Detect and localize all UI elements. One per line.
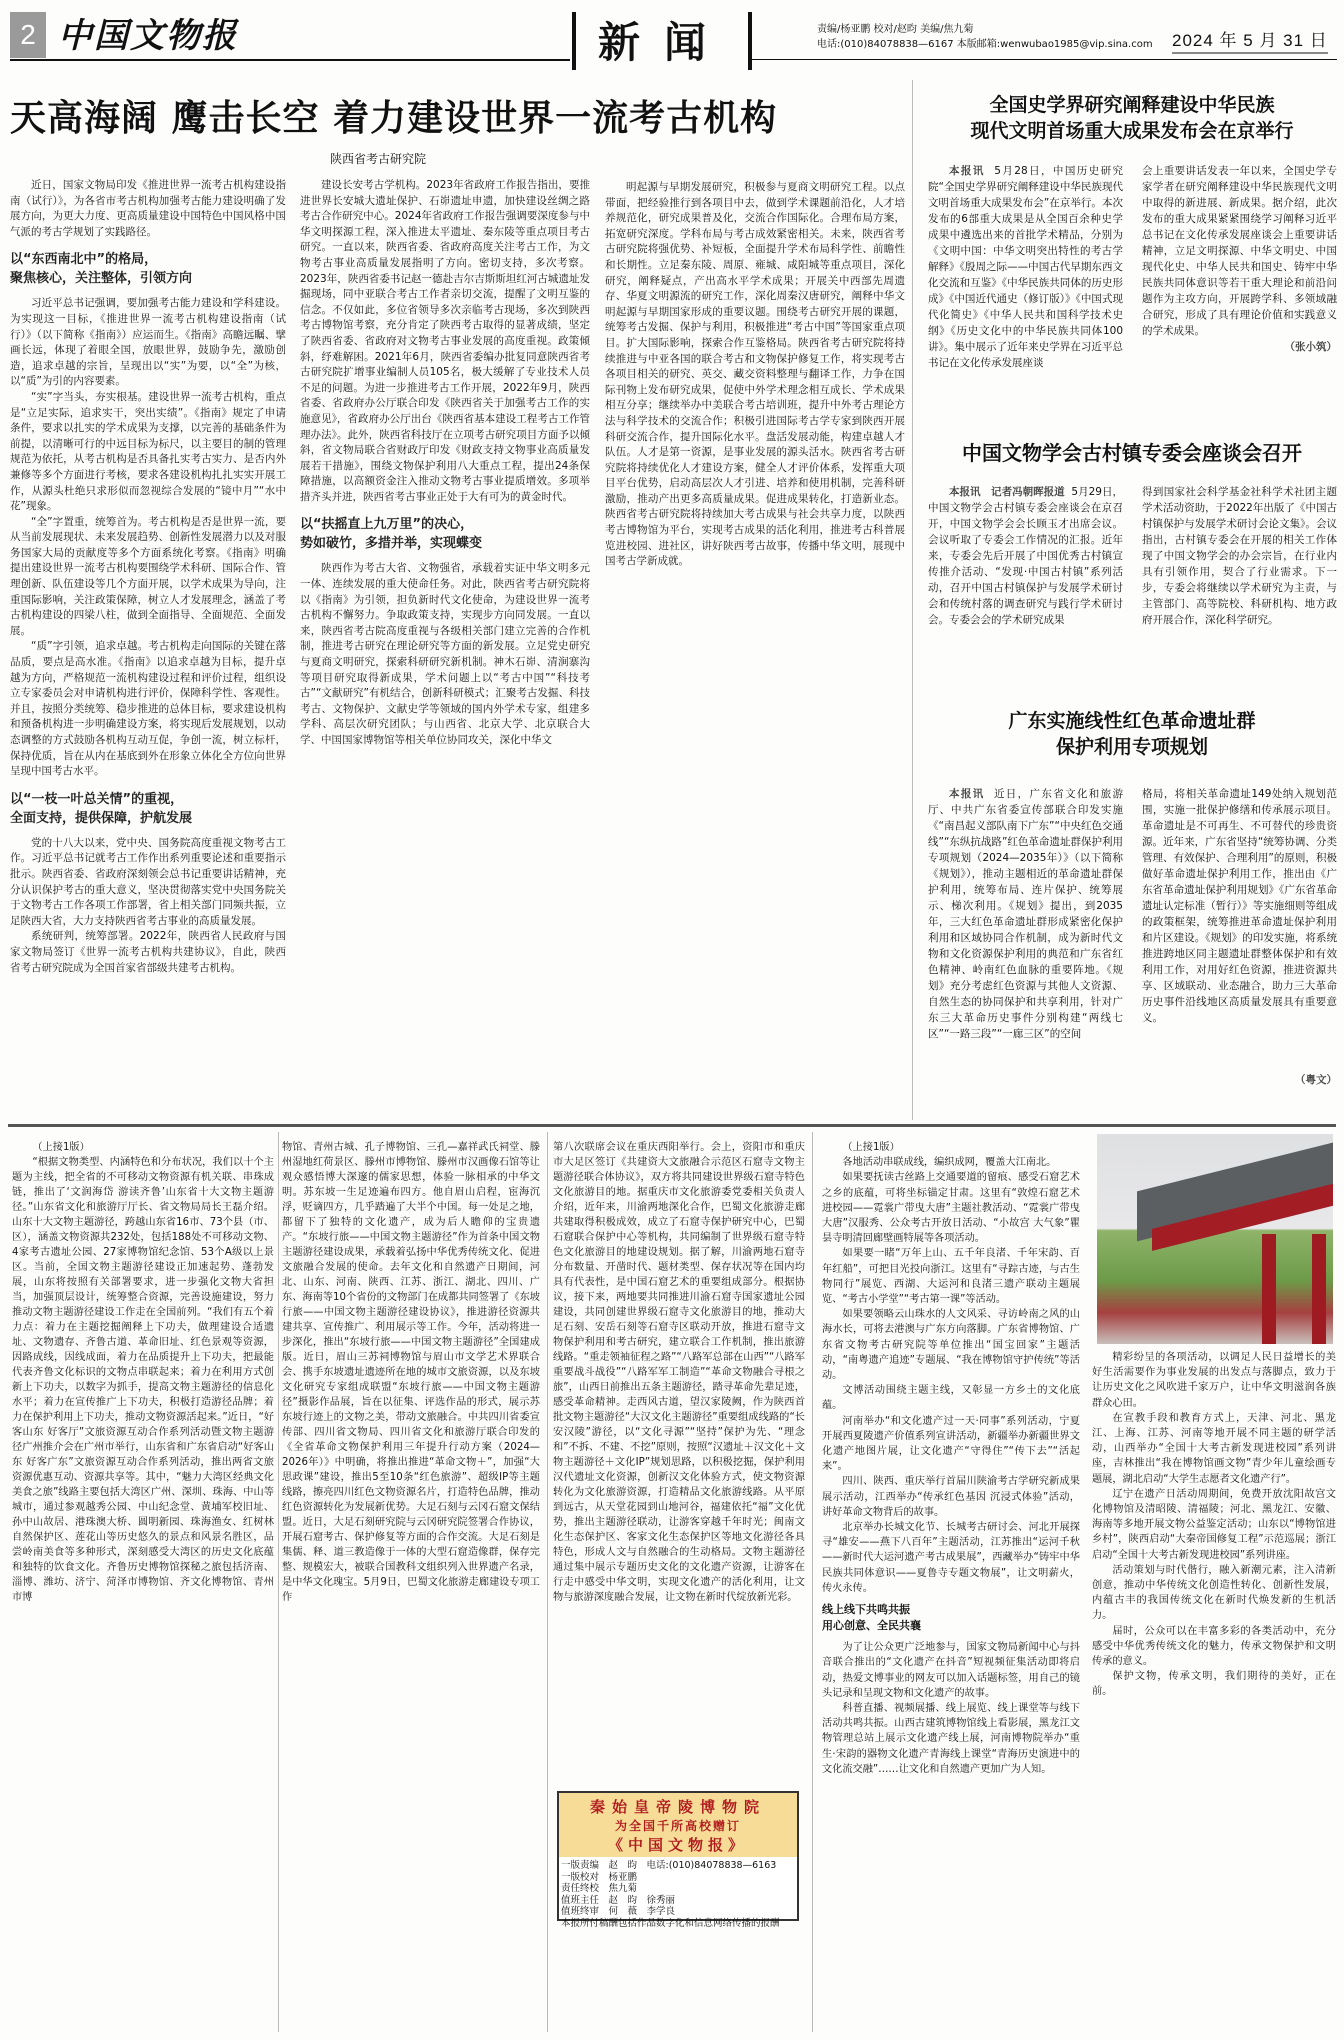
editors-line: 责编/杨亚鹏 校对/赵昀 美编/焦九菊	[817, 22, 1153, 37]
paragraph: 建设长安考古学机构。2023年省政府工作报告指出，要推进世界长安城大遗址保护、石…	[300, 178, 590, 505]
body-text: 近日，广东省文化和旅游厅、中共广东省委宣传部联合印发实施《“南昌起义部队南下广东…	[928, 788, 1123, 1040]
paragraph: 本报讯 5月28日，中国历史研究院“全国史学界研究阐释建设中华民族现代文明首场重…	[928, 163, 1123, 371]
column-divider	[812, 1132, 813, 2032]
staff-line: 责任终校 焦九菊	[561, 1883, 795, 1895]
paragraph: 辽宁在遗产日活动周期间，免费开放沈阳故宫文化博物馆及清昭陵、清福陵；河北、黑龙江…	[1092, 1487, 1336, 1563]
promo-line: 秦始皇帝陵博物院	[559, 1797, 797, 1817]
paragraph: 如果要抚读古丝路上交通要道的留痕、感受石窟艺术之乡的底蕴，可将坐标锚定甘肃。这里…	[822, 1170, 1080, 1246]
paragraph: 党的十八大以来，党中央、国务院高度重视文物考古工作。习近平总书记就考古工作作出系…	[10, 836, 286, 930]
section-title: 新闻	[598, 10, 730, 70]
section-divider	[572, 12, 576, 70]
subheading: 以“一枝一叶总关情”的重视，全面支持，提供保障，护航发展	[10, 790, 286, 828]
section-divider	[748, 12, 752, 70]
staff-line: 值班主任 赵 昀 徐秀丽	[561, 1895, 795, 1907]
side-article-3-col-1: 本报讯 近日，广东省文化和旅游厅、中共广东省委宣传部联合印发实施《“南昌起义部队…	[928, 786, 1123, 1106]
main-byline: 陕西省考古研究院	[330, 150, 426, 167]
headline-line: 广东实施线性红色革命遗址群	[920, 708, 1344, 734]
promo-banner: 秦始皇帝陵博物院 为全国千所高校赠订 《中国文物报》	[559, 1793, 797, 1857]
main-article-col-3: 明起源与早期发展研究，积极参与夏商文明研究工程。以点带面，把经验推行到各项目中去…	[605, 180, 905, 1113]
paragraph: 届时，公众可以在丰富多彩的各类活动中，充分感受中华优秀传统文化的魅力，传承文物保…	[1092, 1624, 1336, 1670]
continued-tag: （上接1版）	[12, 1140, 274, 1155]
column-divider	[912, 80, 913, 1120]
paragraph: 文博活动围绕主题主线，又彰显一方乡土的文化底蕴。	[822, 1383, 1080, 1413]
editors-info: 责编/杨亚鹏 校对/赵昀 美编/焦九菊 电话:(010)84078838—616…	[817, 22, 1153, 52]
side-article-2-col-1: 本报讯 记者冯朝晖报道 5月29日，中国文物学会古村镇专委会座谈会在京召开，中国…	[928, 484, 1123, 679]
paragraph: 近日，国家文物局印发《推进世界一流考古机构建设指南（试行）》，为各省市考古机构加…	[10, 178, 286, 240]
paragraph: “根据文物类型、内涵特色和分布状况，我们以十个主题为主线，把全省的不可移动文物资…	[12, 1155, 274, 1605]
subheading-line: 用心创意、全民共襄	[822, 1619, 921, 1632]
main-article-col-1: 近日，国家文物局印发《推进世界一流考古机构建设指南（试行）》，为各省市考古机构加…	[10, 178, 286, 1113]
promo-staff-box: 秦始皇帝陵博物院 为全国千所高校赠订 《中国文物报》 一版责编 赵 昀 电话:(…	[557, 1791, 799, 1921]
lower-right-col-1: （上接1版） 各地活动串联成线，编织成网，覆盖大江南北。 如果要抚读古丝路上交通…	[822, 1140, 1080, 2035]
lower-left-col-2: 物馆、青州古城、孔子博物馆、三孔—嘉祥武氏祠堂、滕州湿地红荷景区、滕州市博物馆、…	[282, 1140, 540, 2030]
paragraph: 在宣教手段和教育方式上，天津、河北、黑龙江、上海、江苏、河南等地开展不同主题的研…	[1092, 1411, 1336, 1487]
paragraph: 四川、陕西、重庆举行首届川陕渝考古学研究新成果展示活动，江西举办“传承红色基因 …	[822, 1474, 1080, 1520]
paragraph: 本报讯 近日，广东省文化和旅游厅、中共广东省委宣传部联合印发实施《“南昌起义部队…	[928, 786, 1123, 1042]
paragraph: “实”字当头，夯实根基。建设世界一流考古机构，重点是“立足实际，追求实干，突出实…	[10, 390, 286, 515]
staff-line: 值班终审 何 薇 李学良	[561, 1906, 795, 1918]
body-text: 5月28日，中国历史研究院“全国史学界研究阐释建设中华民族现代文明首场重大成果发…	[928, 165, 1123, 369]
lower-left-col-3: 第八次联席会议在重庆西阳举行。会上，资阳市和重庆市大足区签订《共建资大文旅融合示…	[553, 1140, 805, 1780]
paragraph: 得到国家社会科学基金社科学术社团主题学术活动资助，于2022年出版了《中国古村镇…	[1142, 484, 1337, 628]
lead-tag: 本报讯	[949, 165, 985, 177]
paragraph: 物馆、青州古城、孔子博物馆、三孔—嘉祥武氏祠堂、滕州湿地红荷景区、滕州市博物馆、…	[282, 1140, 540, 1605]
subheading: 线上线下共鸣共振用心创意、全民共襄	[822, 1602, 1080, 1634]
paragraph: 第八次联席会议在重庆西阳举行。会上，资阳市和重庆市大足区签订《共建资大文旅融合示…	[553, 1140, 805, 1605]
promo-line: 为全国千所高校赠订	[559, 1817, 797, 1835]
issue-date: 2024 年 5 月 31 日	[1172, 26, 1328, 54]
column-divider	[278, 1132, 279, 2032]
section-separator	[8, 1124, 1336, 1127]
subheading-line: 势如破竹，多措并举，实现蝶变	[300, 536, 482, 551]
paragraph: “全”字置重，统筹首为。考古机构是否是世界一流，要从当前发展现状、未来发展趋势、…	[10, 515, 286, 640]
paragraph: 如果要一睹“万年上山、五千年良渚、千年宋韵、百年红船”，可把目光投向浙江。这里有…	[822, 1246, 1080, 1307]
paragraph: 科普直播、视频展播、线上展览、线上课堂等与线下活动共鸣共振。山西古建筑博物馆线上…	[822, 1701, 1080, 1777]
staff-line: 一版责编 赵 昀 电话:(010)84078838—6163	[561, 1860, 795, 1872]
paragraph: 北京举办长城文化节、长城考古研讨会、河北开展探寻“雄安——燕下八百年”主题活动，…	[822, 1520, 1080, 1596]
paragraph: “质”字引领，追求卓越。考古机构走向国际的关键在落品质，要点是高水准。《指南》以…	[10, 639, 286, 779]
masthead-rule	[10, 59, 570, 61]
subheading: 以“扶摇直上九万里”的决心，势如破竹，多措并举，实现蝶变	[300, 515, 590, 553]
continued-tag: （上接1版）	[822, 1140, 1080, 1155]
side-article-1-col-1: 本报讯 5月28日，中国历史研究院“全国史学界研究阐释建设中华民族现代文明首场重…	[928, 163, 1123, 423]
photo-pillar-shape	[1262, 1234, 1276, 1344]
photo-pillar-shape	[1312, 1234, 1326, 1344]
subheading-line: 以“一枝一叶总关情”的重视，	[10, 792, 183, 807]
masthead-rule	[752, 59, 1337, 60]
subheading-line: 聚焦核心，关注整体，引领方向	[10, 271, 192, 286]
staff-line: 本报所付稿酬包括作品数字化和信息网络传播的报酬	[561, 1918, 795, 1930]
paragraph: 河南举办“和文化遗产过一天·同事”系列活动，宁夏开展西夏陵遗产价值系列宣讲活动，…	[822, 1414, 1080, 1475]
article-photo-ancient-pavilion	[1097, 1134, 1333, 1344]
paragraph: 陕西作为考古大省、文物强省，承载着实证中华文明多元一体、连续发展的重大使命任务。…	[300, 561, 590, 748]
subheading: 以“东西南北中”的格局，聚焦核心，关注整体，引领方向	[10, 250, 286, 288]
paragraph: 明起源与早期发展研究，积极参与夏商文明研究工程。以点带面，把经验推行到各项目中去…	[605, 180, 905, 570]
paragraph: 为了让公众更广泛地参与，国家文物局新闻中心与抖音联合推出的“文化遗产在抖音”短视…	[822, 1640, 1080, 1701]
subheading-line: 以“东西南北中”的格局，	[10, 252, 157, 267]
side-headline-1: 全国史学界研究阐释建设中华民族 现代文明首场重大成果发布会在京举行	[920, 92, 1344, 144]
promo-line: 《中国文物报》	[559, 1835, 797, 1855]
headline-line: 全国史学界研究阐释建设中华民族	[920, 92, 1344, 118]
column-divider	[547, 1132, 548, 2032]
main-headline: 天高海阔 鹰击长空 着力建设世界一流考古机构	[10, 90, 777, 141]
staff-list: 一版责编 赵 昀 电话:(010)84078838—6163 一版校对 杨亚鹏 …	[559, 1857, 797, 1932]
paragraph: 各地活动串联成线，编织成网，覆盖大江南北。	[822, 1155, 1080, 1170]
side-article-1-col-2: 会上重要讲话发表一年以来，全国史学专家学者在研究阐释建设中华民族现代文明中取得的…	[1142, 163, 1337, 423]
lead-tag: 本报讯 记者冯朝晖报道	[949, 486, 1065, 498]
headline-line: 现代文明首场重大成果发布会在京举行	[920, 118, 1344, 144]
paragraph: 保护文物，传承文明，我们期待的美好，正在前。	[1092, 1669, 1336, 1699]
side-headline-2: 中国文物学会古村镇专委会座谈会召开	[920, 438, 1344, 468]
paragraph: 系统研判，统筹部署。2022年，陕西省人民政府与国家文物局签订《世界一流考古机构…	[10, 929, 286, 976]
subheading-line: 以“扶摇直上九万里”的决心，	[300, 517, 473, 532]
author: （张小筑）	[1285, 339, 1338, 355]
lower-left-col-1: （上接1版） “根据文物类型、内涵特色和分布状况，我们以十个主题为主线，把全省的…	[12, 1140, 274, 2030]
lead-tag: 本报讯	[949, 788, 985, 800]
subheading-line: 全面支持，提供保障，护航发展	[10, 811, 192, 826]
newspaper-logo: 中国文物报	[58, 8, 238, 57]
body-text: 5月29日，中国文物学会古村镇专委会座谈会在京召开，中国文物学会会长顾玉才出席会…	[928, 486, 1123, 626]
subheading-line: 线上线下共鸣共振	[822, 1603, 910, 1616]
paragraph: 会上重要讲话发表一年以来，全国史学专家学者在研究阐释建设中华民族现代文明中取得的…	[1142, 163, 1337, 339]
main-article-col-2: 建设长安考古学机构。2023年省政府工作报告指出，要推进世界长安城大遗址保护、石…	[300, 178, 590, 1113]
contact-line: 电话:(010)84078838—6167 本版邮箱:wenwubao1985@…	[817, 37, 1153, 52]
side-article-2-col-2: 得到国家社会科学基金社科学术社团主题学术活动资助，于2022年出版了《中国古村镇…	[1142, 484, 1337, 679]
paragraph: 习近平总书记强调，要加强考古能力建设和学科建设。为实现这一目标，《推进世界一流考…	[10, 296, 286, 390]
page-number: 2	[10, 12, 46, 58]
lower-right-col-2: 精彩纷呈的各项活动，以调足人民日益增长的美好生活需要作为事业发展的出发点与落脚点…	[1092, 1350, 1336, 2035]
headline-line: 保护利用专项规划	[920, 734, 1344, 760]
paragraph: 本报讯 记者冯朝晖报道 5月29日，中国文物学会古村镇专委会座谈会在京召开，中国…	[928, 484, 1123, 628]
paragraph: 活动策划与时代偕行，融入新潮元素，注入清新创意，推动中华传统文化创造性转化、创新…	[1092, 1563, 1336, 1624]
masthead: 2 中国文物报 新闻 责编/杨亚鹏 校对/赵昀 美编/焦九菊 电话:(010)8…	[0, 0, 1344, 62]
paragraph: 如果要领略云山珠水的人文风采、寻访岭南之风的山海水长，可将去港澳与广东方向落脚。…	[822, 1307, 1080, 1383]
author: （粤文）	[1295, 1072, 1337, 1088]
side-article-3-col-2: 格局，将相关革命遗址149处纳入规划范围，实施一批保护修缮和传承展示项目。革命遗…	[1142, 786, 1337, 1106]
photo-caption: 精彩纷呈的各项活动，以调足人民日益增长的美好生活需要作为事业发展的出发点与落脚点…	[1092, 1350, 1336, 1411]
paragraph: 格局，将相关革命遗址149处纳入规划范围，实施一批保护修缮和传承展示项目。革命遗…	[1142, 786, 1337, 1072]
staff-line: 一版校对 杨亚鹏	[561, 1872, 795, 1884]
side-headline-3: 广东实施线性红色革命遗址群 保护利用专项规划	[920, 708, 1344, 760]
